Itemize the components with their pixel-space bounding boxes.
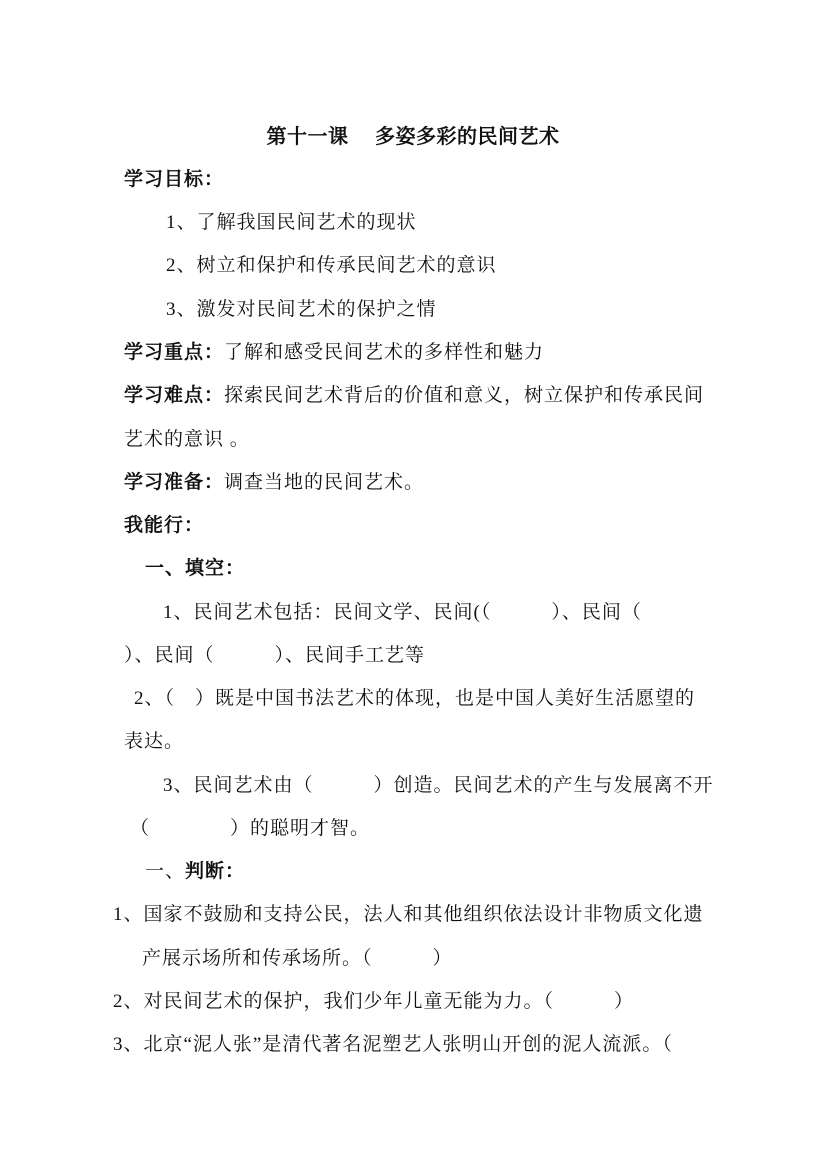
text-line: 2、树立和保护和传承民间艺术的意识 (166, 255, 497, 277)
section-label: 我能行： (124, 515, 204, 536)
text-line: 1、国家不鼓励和支持公民，法人和其他组织依法设计非物质文化遗 (113, 904, 704, 926)
text-line: 3、北京“泥人张”是清代著名泥塑艺人张明山开创的泥人流派。（ (113, 1034, 673, 1056)
line-text: 1、了解我国民间艺术的现状 (166, 212, 417, 233)
line-text: 表达。 (124, 731, 184, 752)
text-line: ）、民间（ ）、民间手工艺等 (124, 645, 425, 667)
line-text: 3、民间艺术由（ ）创造。民间艺术的产生与发展离不开 (163, 775, 714, 796)
section-label: 一、填空： (145, 558, 245, 579)
line-prefix: 一、 (145, 861, 185, 882)
section-label: 学习重点： (124, 342, 224, 363)
line-text: 艺术的意识 。 (124, 429, 250, 450)
text-line: 学习目标： (124, 169, 224, 191)
line-text: 1、国家不鼓励和支持公民，法人和其他组织依法设计非物质文化遗 (113, 904, 704, 925)
section-label: 学习准备： (124, 472, 224, 493)
text-line: （ ）的聪明才智。 (130, 818, 370, 840)
text-line: 一、填空： (145, 558, 245, 580)
text-line: 产展示场所和传承场所。（ ） (142, 948, 453, 970)
section-label: 学习目标： (124, 169, 224, 190)
text-line: 我能行： (124, 515, 204, 537)
section-label: 学习难点： (124, 385, 224, 406)
line-text: （ ）的聪明才智。 (130, 818, 370, 839)
text-line: 3、激发对民间艺术的保护之情 (166, 299, 437, 321)
text-line: 艺术的意识 。 (124, 429, 250, 451)
line-text: 调查当地的民间艺术。 (224, 472, 424, 493)
line-text: 2、对民间艺术的保护，我们少年儿童无能为力。（ ） (113, 991, 634, 1012)
text-line: 学习准备：调查当地的民间艺术。 (124, 472, 424, 494)
text-line: 表达。 (124, 731, 184, 753)
text-line: 1、了解我国民间艺术的现状 (166, 212, 417, 234)
line-text: ）、民间（ ）、民间手工艺等 (124, 645, 425, 666)
text-line: 3、民间艺术由（ ）创造。民间艺术的产生与发展离不开 (163, 775, 714, 797)
section-label: 判断： (185, 861, 245, 882)
text-line: 学习重点：了解和感受民间艺术的多样性和魅力 (124, 342, 544, 364)
text-line: 一、判断： (145, 861, 245, 883)
text-line: 学习难点：探索民间艺术背后的价值和意义，树立保护和传承民间 (124, 385, 704, 407)
line-text: 产展示场所和传承场所。（ ） (142, 948, 453, 969)
line-text: 3、激发对民间艺术的保护之情 (166, 299, 437, 320)
line-text: 探索民间艺术背后的价值和意义，树立保护和传承民间 (224, 385, 704, 406)
line-text: 1、民间艺术包括：民间文学、民间(（ ）、民间（ (163, 602, 642, 623)
document-page: 第十一课 多姿多彩的民间艺术 学习目标： 1、了解我国民间艺术的现状 2、树立和… (0, 0, 826, 1169)
text-line: 1、民间艺术包括：民间文学、民间(（ ）、民间（ (163, 602, 642, 624)
line-text: 2、（ ）既是中国书法艺术的体现，也是中国人美好生活愿望的 (134, 688, 695, 709)
text-line: 2、（ ）既是中国书法艺术的体现，也是中国人美好生活愿望的 (134, 688, 695, 710)
text-line: 2、对民间艺术的保护，我们少年儿童无能为力。（ ） (113, 991, 634, 1013)
line-text: 3、北京“泥人张”是清代著名泥塑艺人张明山开创的泥人流派。（ (113, 1034, 673, 1055)
line-text: 了解和感受民间艺术的多样性和魅力 (224, 342, 544, 363)
document-title: 第十一课 多姿多彩的民间艺术 (0, 120, 826, 149)
line-text: 2、树立和保护和传承民间艺术的意识 (166, 255, 497, 276)
